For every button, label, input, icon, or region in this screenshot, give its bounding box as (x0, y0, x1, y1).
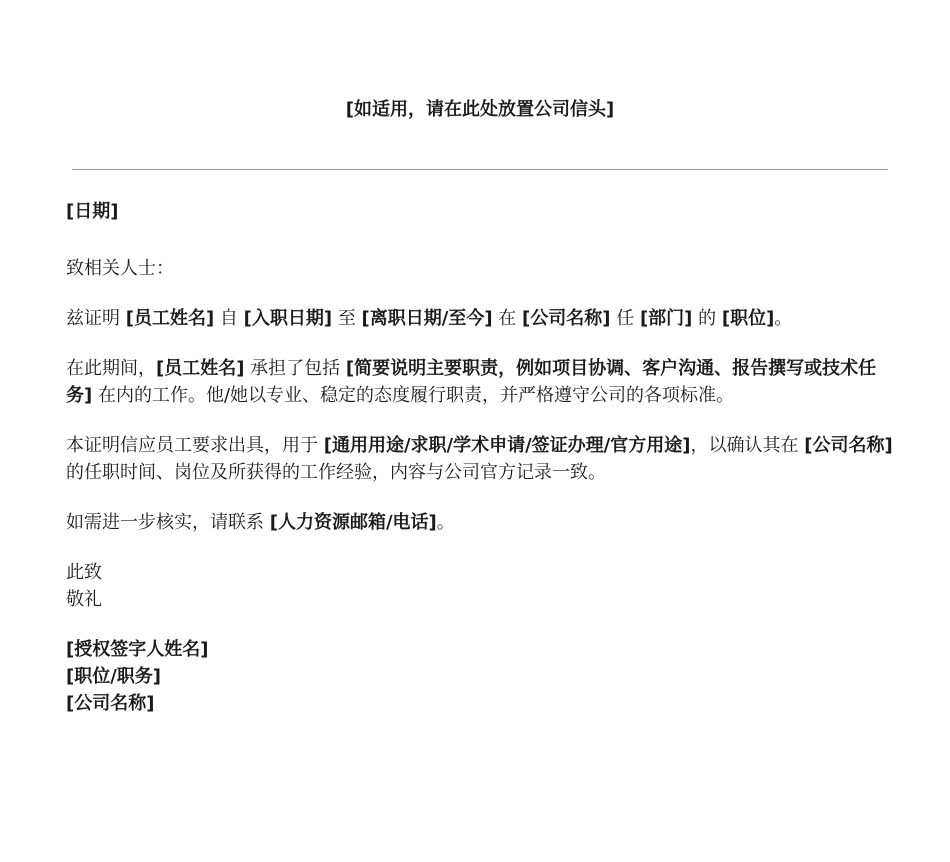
text: 在 (493, 308, 522, 329)
text: 自 (214, 308, 243, 329)
text: ，以确认其在 (690, 435, 804, 456)
signatory-name-field: [授权签字人姓名] (66, 636, 896, 663)
letter-body: [日期] 致相关人士： 兹证明 [员工姓名] 自 [入职日期] 至 [离职日期/… (66, 198, 896, 717)
date-field: [日期] (66, 201, 118, 222)
signature-block: [授权签字人姓名] [职位/职务] [公司名称] (66, 636, 896, 717)
department-field: [部门] (640, 308, 692, 329)
start-date-field: [入职日期] (244, 308, 332, 329)
text: 承担了包括 (244, 358, 345, 379)
employee-name-field: [员工姓名] (126, 308, 214, 329)
paragraph-purpose: 本证明信应员工要求出具，用于 [通用用途/求职/学术申请/签证办理/官方用途]，… (66, 432, 896, 486)
purpose-field: [通用用途/求职/学术申请/签证办理/官方用途] (324, 435, 691, 456)
company-name-field: [公司名称] (804, 435, 892, 456)
header-divider (72, 169, 888, 170)
end-date-field: [离职日期/至今] (362, 308, 493, 329)
letterhead-placeholder: [如适用，请在此处放置公司信头] (0, 97, 950, 123)
text: 的 (692, 308, 721, 329)
signatory-company-field: [公司名称] (66, 690, 896, 717)
text: 至 (332, 308, 361, 329)
position-field: [职位] (722, 308, 774, 329)
text: 在此期间， (66, 358, 156, 379)
text: 。 (437, 512, 455, 533)
text: 任 (610, 308, 639, 329)
text: 兹证明 (66, 308, 126, 329)
text: 本证明信应员工要求出具，用于 (66, 435, 324, 456)
date-placeholder: [日期] (66, 198, 896, 225)
employee-name-field: [员工姓名] (156, 358, 244, 379)
closing-line-2: 敬礼 (66, 586, 896, 613)
text: 。 (774, 308, 792, 329)
letter-page: [如适用，请在此处放置公司信头] [日期] 致相关人士： 兹证明 [员工姓名] … (0, 0, 950, 862)
text: 的任职时间、岗位及所获得的工作经验，内容与公司官方记录一致。 (66, 462, 606, 483)
salutation: 致相关人士： (66, 255, 896, 282)
company-name-field: [公司名称] (522, 308, 610, 329)
hr-contact-field: [人力资源邮箱/电话] (270, 512, 437, 533)
text: 在内的工作。他/她以专业、稳定的态度履行职责，并严格遵守公司的各项标准。 (92, 385, 734, 406)
signatory-title-field: [职位/职务] (66, 663, 896, 690)
closing: 此致 敬礼 (66, 559, 896, 613)
text: 如需进一步核实，请联系 (66, 512, 270, 533)
paragraph-contact: 如需进一步核实，请联系 [人力资源邮箱/电话]。 (66, 509, 896, 536)
closing-line-1: 此致 (66, 559, 896, 586)
paragraph-employment: 兹证明 [员工姓名] 自 [入职日期] 至 [离职日期/至今] 在 [公司名称]… (66, 305, 896, 332)
paragraph-duties: 在此期间，[员工姓名] 承担了包括 [简要说明主要职责，例如项目协调、客户沟通、… (66, 355, 896, 409)
